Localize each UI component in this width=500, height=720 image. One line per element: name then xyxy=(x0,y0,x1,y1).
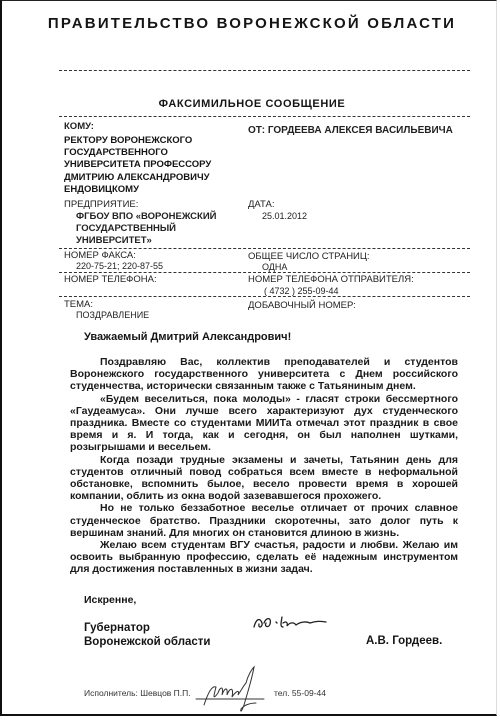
organization-value: ФГБОУ ВПО «ВОРОНЕЖСКИЙ ГОСУДАРСТВЕННЫЙ У… xyxy=(76,211,236,247)
organization-label: ПРЕДПРИЯТИЕ: xyxy=(64,199,138,210)
recipient-line: ДМИТРИЮ АЛЕКСАНДРОВИЧУ xyxy=(64,172,224,184)
pages-value: ОДНА xyxy=(262,262,287,272)
recipient-line: ГОСУДАРСТВЕННОГО xyxy=(64,147,224,159)
subject-value: ПОЗДРАВЛЕНИЕ xyxy=(76,310,149,320)
recipient-line: ЕНДОВИЦКОМУ xyxy=(64,184,224,196)
signer-title-1: Губернатор xyxy=(84,622,150,634)
to-label: КОМУ: xyxy=(64,121,94,132)
letter-paragraph: Но не только беззаботное веселье отличае… xyxy=(70,502,458,539)
government-title: ПРАВИТЕЛЬСТВО ВОРОНЕЖСКОЙ ОБЛАСТИ xyxy=(2,15,500,32)
organization-line: УНИВЕРСИТЕТ» xyxy=(76,235,236,247)
from-field: ОТ: ГОРДЕЕВА АЛЕКСЕЯ ВАСИЛЬЕВИЧА xyxy=(248,125,453,136)
executor-phone: тел. 55-09-44 xyxy=(274,688,326,698)
divider xyxy=(59,296,470,297)
organization-line: ФГБОУ ВПО «ВОРОНЕЖСКИЙ xyxy=(76,211,236,223)
letter-paragraph: Желаю всем студентам ВГУ счастья, радост… xyxy=(70,539,458,576)
letter-paragraph: «Будем веселиться, пока молоды» - гласят… xyxy=(70,393,458,454)
executor: Исполнитель: Шевцов П.П. xyxy=(84,688,191,698)
fax-value: 220-75-21; 220-87-55 xyxy=(76,261,163,271)
executor-signature-icon xyxy=(194,665,274,715)
signer-title-2: Воронежской области xyxy=(84,636,211,648)
letter-paragraph: Когда позади трудные экзамены и зачеты, … xyxy=(70,454,458,503)
letter-greeting: Уважаемый Дмитрий Александрович! xyxy=(84,331,291,343)
sender-phone-label: НОМЕР ТЕЛЕФОНА ОТПРАВИТЕЛЯ: xyxy=(248,274,414,285)
sender-phone-value: ( 4732 ) 255-09-44 xyxy=(264,286,339,296)
divider xyxy=(59,248,470,249)
document-type-title: ФАКСИМИЛЬНОЕ СООБЩЕНИЕ xyxy=(2,98,500,110)
divider xyxy=(59,116,470,117)
recipient-line: РЕКТОРУ ВОРОНЕЖСКОГО xyxy=(64,135,224,147)
phone-label: НОМЕР ТЕЛЕФОНА: xyxy=(64,274,157,285)
date-label: ДАТА: xyxy=(248,199,275,210)
date-value: 25.01.2012 xyxy=(262,211,307,221)
signer-name: А.В. Гордеев. xyxy=(366,635,442,647)
extension-label: ДОБАВОЧНЫЙ НОМЕР: xyxy=(248,300,356,311)
letter-body: Поздравляю Вас, коллектив преподавателей… xyxy=(70,356,458,576)
fax-label: НОМЕР ФАКСА: xyxy=(64,250,136,261)
letter-paragraph: Поздравляю Вас, коллектив преподавателей… xyxy=(70,356,458,393)
divider xyxy=(59,272,470,273)
fax-document: ПРАВИТЕЛЬСТВО ВОРОНЕЖСКОЙ ОБЛАСТИ ФАКСИМ… xyxy=(0,0,497,716)
letter-closing: Искренне, xyxy=(84,594,136,606)
recipient: РЕКТОРУ ВОРОНЕЖСКОГО ГОСУДАРСТВЕННОГО УН… xyxy=(64,135,224,196)
governor-signature-icon xyxy=(250,609,330,635)
pages-label: ОБЩЕЕ ЧИСЛО СТРАНИЦ: xyxy=(248,251,370,262)
subject-label: ТЕМА: xyxy=(64,299,93,310)
recipient-line: УНИВЕРСИТЕТА ПРОФЕССОРУ xyxy=(64,159,224,171)
organization-line: ГОСУДАРСТВЕННЫЙ xyxy=(76,223,236,235)
divider xyxy=(59,70,470,71)
